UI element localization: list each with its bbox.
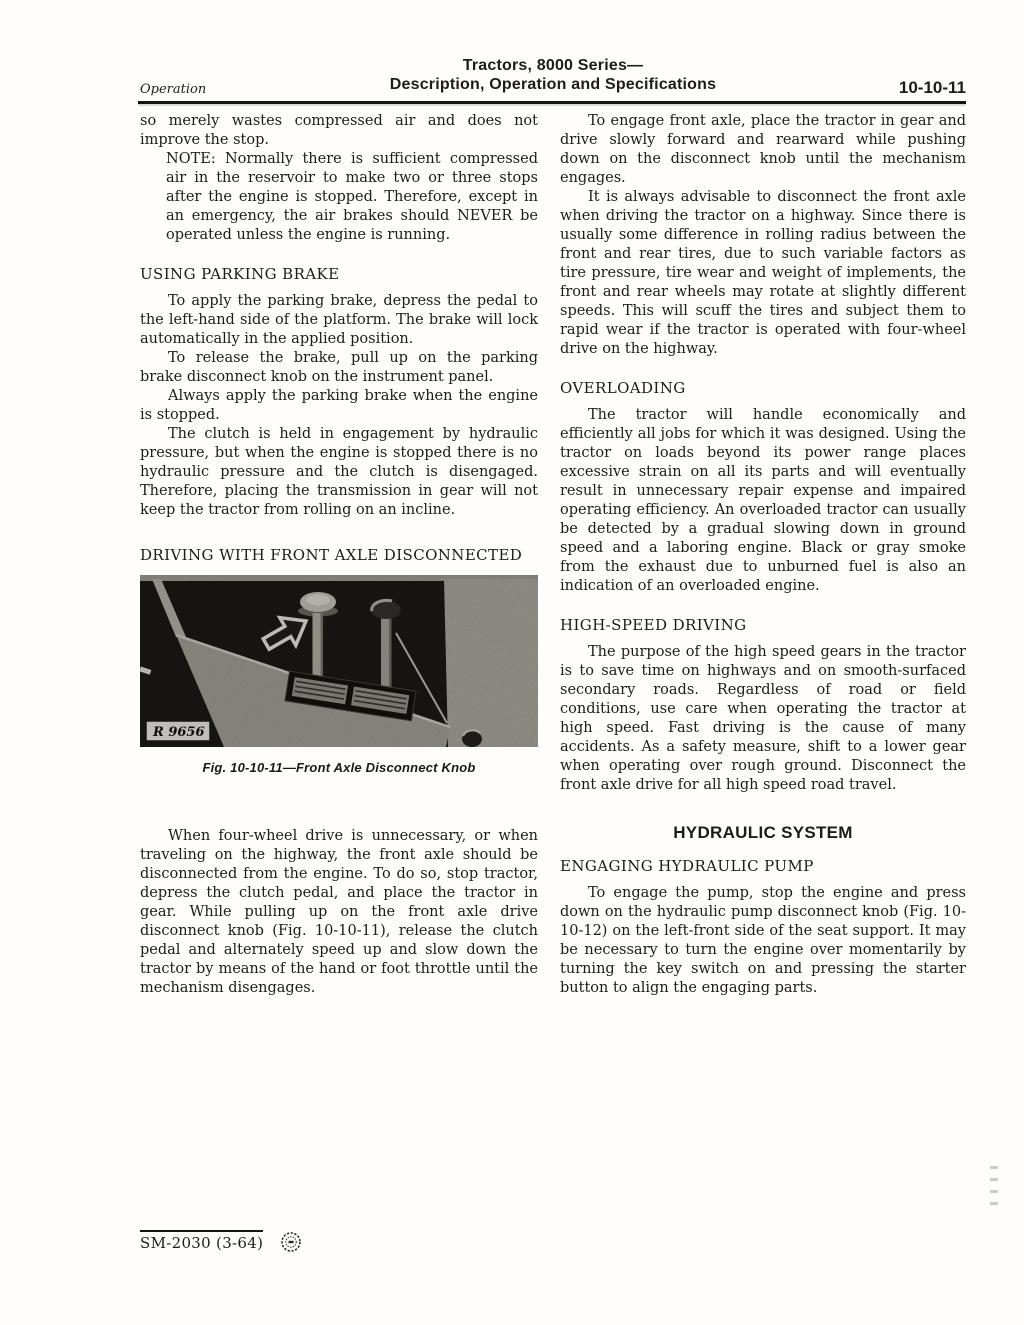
heading-high-speed-driving: HIGH-SPEED DRIVING (560, 616, 966, 635)
body-paragraph: It is always advisable to disconnect the… (560, 188, 966, 359)
figure-front-axle-disconnect-knob: R 9656 Fig. 10-10-11—Front Axle Disconne… (140, 575, 538, 775)
body-paragraph: To engage front axle, place the tractor … (560, 112, 966, 188)
scan-artifact (990, 1166, 998, 1212)
header-title-line1: Tractors, 8000 Series— (140, 56, 966, 75)
heading-using-parking-brake: USING PARKING BRAKE (140, 265, 538, 284)
body-paragraph: To engage the pump, stop the engine and … (560, 884, 966, 998)
header-title-line2: Description, Operation and Specification… (140, 75, 966, 94)
heading-engaging-hydraulic-pump: ENGAGING HYDRAULIC PUMP (560, 857, 966, 876)
page-header: Operation Tractors, 8000 Series— Descrip… (140, 56, 966, 100)
header-rule (138, 101, 966, 104)
heading-hydraulic-system: HYDRAULIC SYSTEM (560, 823, 966, 843)
body-paragraph: so merely wastes compressed air and does… (140, 112, 538, 150)
section-label: Operation (140, 82, 206, 97)
litho-stamp-icon (279, 1230, 303, 1254)
body-paragraph: Always apply the parking brake when the … (140, 387, 538, 425)
body-paragraph: When four-wheel drive is unnecessary, or… (140, 827, 538, 998)
figure-caption: Fig. 10-10-11—Front Axle Disconnect Knob (140, 760, 538, 775)
note-paragraph: NOTE: Normally there is sufficient compr… (166, 150, 538, 245)
body-paragraph: The clutch is held in engagement by hydr… (140, 425, 538, 520)
right-column: To engage front axle, place the tractor … (560, 112, 966, 998)
document-number: SM-2030 (3-64) (140, 1230, 263, 1252)
manual-page: Operation Tractors, 8000 Series— Descrip… (0, 0, 1024, 1325)
heading-driving-front-axle: DRIVING WITH FRONT AXLE DISCONNECTED (140, 546, 538, 565)
body-paragraph: The tractor will handle economically and… (560, 406, 966, 596)
page-number: 10-10-11 (899, 78, 966, 98)
header-title: Tractors, 8000 Series— Description, Oper… (140, 56, 966, 94)
body-paragraph: The purpose of the high speed gears in t… (560, 643, 966, 795)
heading-overloading: OVERLOADING (560, 379, 966, 398)
body-paragraph: To apply the parking brake, depress the … (140, 292, 538, 349)
body-paragraph: To release the brake, pull up on the par… (140, 349, 538, 387)
photo-grain (140, 575, 538, 747)
left-column: so merely wastes compressed air and does… (140, 112, 538, 998)
page-body: so merely wastes compressed air and does… (140, 112, 966, 998)
front-axle-knob-photo: R 9656 (140, 575, 538, 747)
page-footer: SM-2030 (3-64) (140, 1228, 303, 1254)
